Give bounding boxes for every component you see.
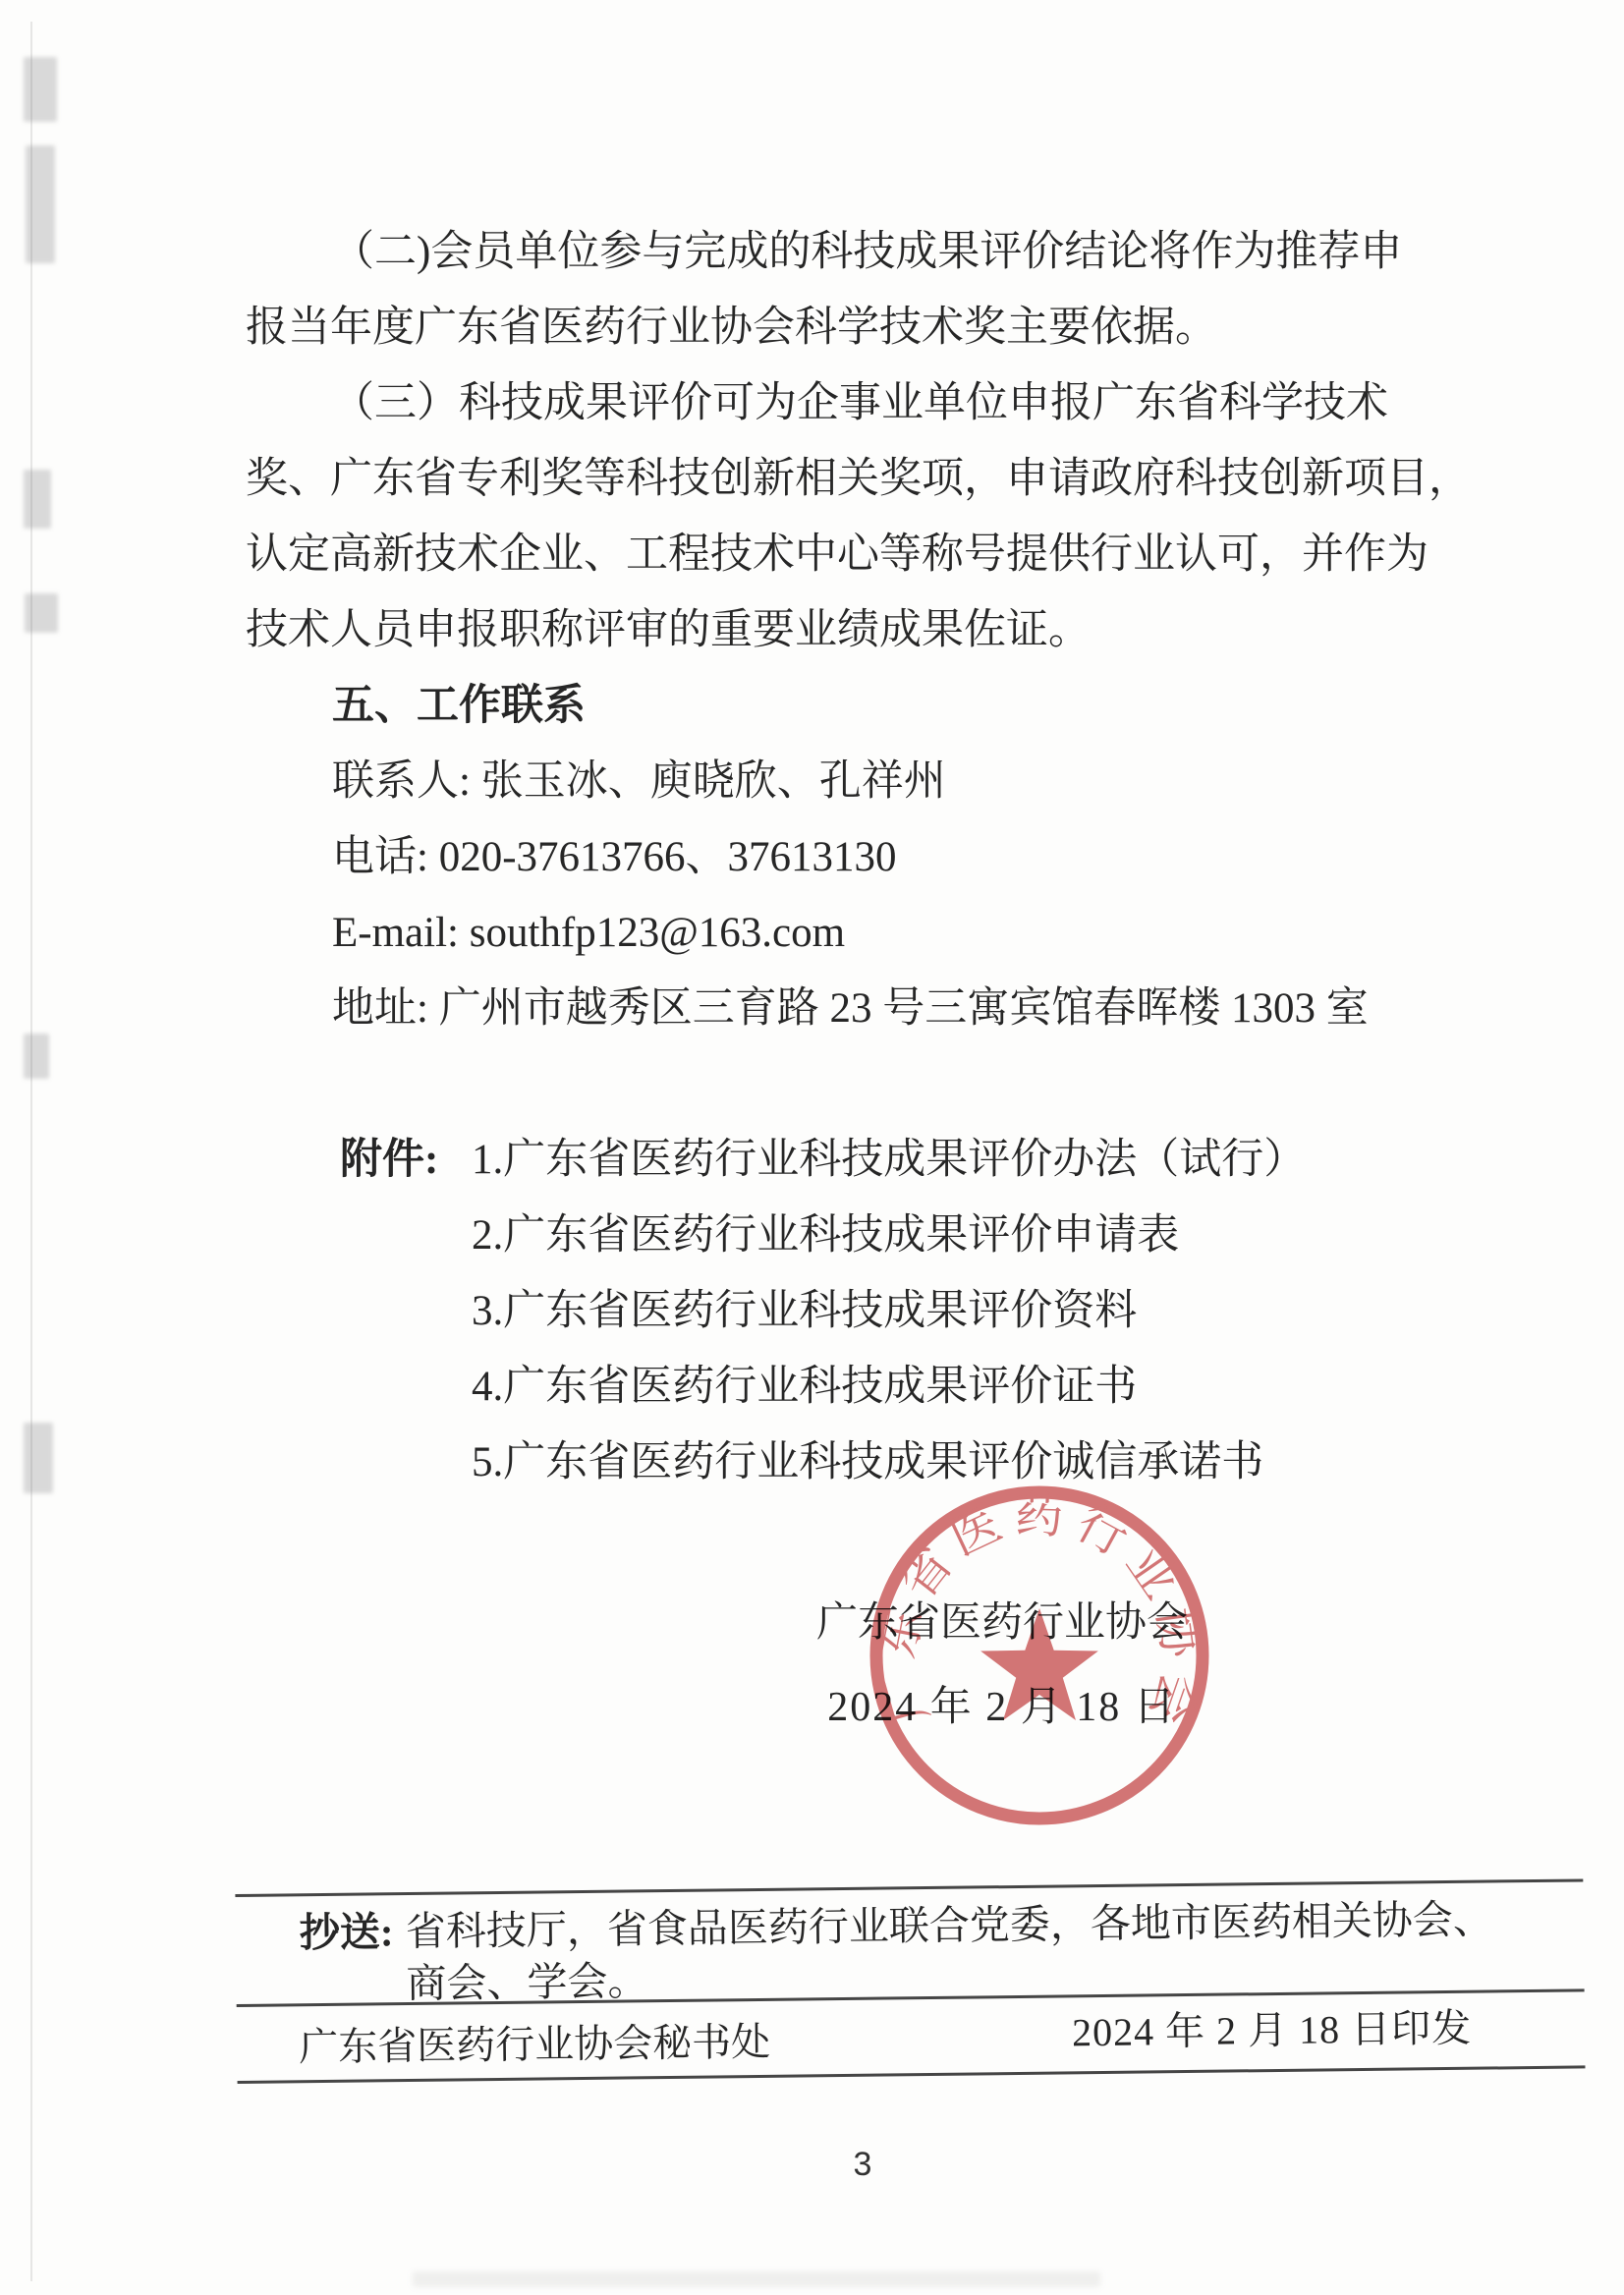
paragraph-3-line-2: 奖、广东省专利奖等科技创新相关奖项，申请政府科技创新项目，: [246, 441, 1493, 517]
footer-print-date: 2024 年 2 月 18 日印发: [1072, 2004, 1471, 2058]
scan-artifact-smudge: [413, 2271, 1100, 2287]
paragraph-2-line-1: （二)会员单位参与完成的科技成果评价结论将作为推荐申: [246, 214, 1493, 290]
cc-label: 抄送:: [300, 1902, 407, 1962]
official-seal: 广东省医药行业协会: [862, 1478, 1217, 1833]
attachment-item-3: 3.广东省医药行业科技成果评价资料: [246, 1273, 1493, 1349]
blank-line-spacer: [246, 1046, 1493, 1122]
page-number: 3: [840, 2146, 885, 2184]
scan-artifact-smudge: [25, 593, 58, 633]
contact-person-line: 联系人: 张玉冰、庾晓欣、孔祥州: [246, 744, 1493, 819]
paragraph-3-line-4: 技术人员申报职称评审的重要业绩成果佐证。: [246, 592, 1493, 668]
scan-artifact-smudge: [24, 470, 51, 529]
contact-phone-line: 电话: 020-37613766、37613130: [246, 819, 1493, 895]
scan-artifact-smudge: [26, 145, 55, 263]
paragraph-2-line-2: 报当年度广东省医药行业协会科学技术奖主要依据。: [246, 290, 1493, 365]
attachment-item-1: 1.广东省医药行业科技成果评价办法（试行）: [472, 1137, 1306, 1183]
cc-recipients: 省科技厅，省食品医药行业联合党委，各地市医药相关协会、: [406, 1896, 1493, 1954]
seal-star-icon: [980, 1608, 1098, 1720]
paragraph-3-line-1: （三）科技成果评价可为企事业单位申报广东省科学技术: [246, 365, 1493, 441]
document-body: （二)会员单位参与完成的科技成果评价结论将作为推荐申 报当年度广东省医药行业协会…: [246, 214, 1493, 1500]
scan-artifact-smudge: [24, 1034, 49, 1079]
attachments-line-1: 附件:1.广东省医药行业科技成果评价办法（试行）: [246, 1122, 1493, 1198]
attachment-item-2: 2.广东省医药行业科技成果评价申请表: [246, 1198, 1493, 1273]
footer-issuer: 广东省医药行业协会秘书处: [299, 2018, 771, 2072]
scan-artifact-smudge: [24, 1423, 53, 1493]
attachment-item-4: 4.广东省医药行业科技成果评价证书: [246, 1349, 1493, 1425]
paragraph-3-line-3: 认定高新技术企业、工程技术中心等称号提供行业认可，并作为: [246, 517, 1493, 592]
footer-block: 抄送:省科技厅，省食品医药行业联合党委，各地市医药相关协会、 商会、学会。 广东…: [0, 1871, 1624, 2204]
contact-email-line: E-mail: southfp123@163.com: [246, 895, 1493, 971]
contact-address-line: 地址: 广州市越秀区三育路 23 号三寓宾馆春晖楼 1303 室: [246, 971, 1493, 1046]
attachments-label: 附件:: [340, 1122, 472, 1198]
scan-artifact-smudge: [24, 57, 57, 122]
scanned-document-page: （二)会员单位参与完成的科技成果评价结论将作为推荐申 报当年度广东省医药行业协会…: [0, 0, 1624, 2295]
cc-line-1: 抄送:省科技厅，省食品医药行业联合党委，各地市医药相关协会、: [300, 1889, 1529, 1962]
section-heading: 五、工作联系: [246, 668, 1493, 744]
